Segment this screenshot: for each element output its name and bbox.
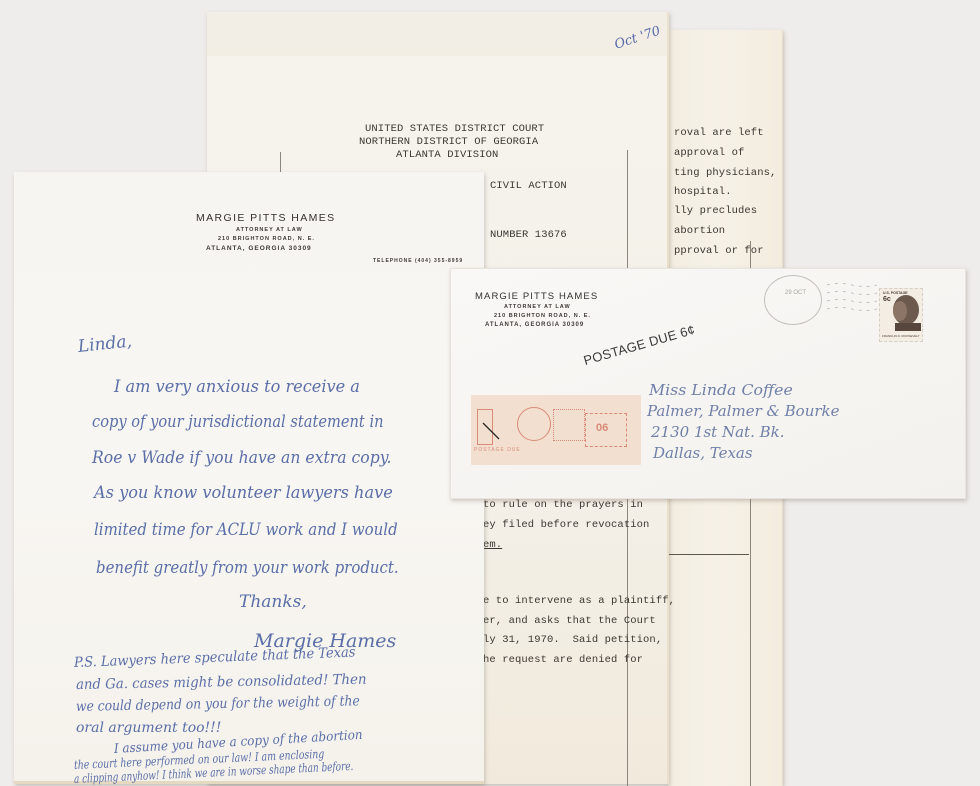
court-text-line: e to intervene as a plaintiff, — [483, 595, 675, 607]
postscript-line: P.S. Lawyers here speculate that the Tex… — [74, 644, 356, 671]
meter-eagle-emblem — [553, 409, 585, 441]
postscript-line: oral argument too!!! — [76, 720, 221, 736]
court-text-line: abortion — [674, 225, 725, 237]
paper-fold-band — [207, 12, 669, 56]
meter-value-box: 06 — [585, 413, 627, 447]
postage-due-meter-strip: POSTAGE DUE 06 — [471, 395, 641, 465]
court-header-line3: ATLANTA DIVISION — [396, 149, 498, 161]
letter-body-line: copy of your jurisdictional statement in — [92, 412, 384, 432]
postage-due-stamp: POSTAGE DUE 6¢ — [582, 322, 697, 368]
roosevelt-portrait-icon — [887, 293, 921, 331]
letterhead-city: ATLANTA, GEORGIA 30309 — [206, 245, 312, 252]
letterhead-address: 210 BRIGHTON ROAD, N. E. — [218, 236, 315, 242]
postmark-circle: 29 OCT — [764, 275, 822, 325]
return-address-street: 210 BRIGHTON ROAD, N. E. — [494, 313, 591, 319]
meter-amount: 06 — [596, 422, 608, 434]
letter-body-line: I am very anxious to receive a — [114, 377, 360, 397]
recipient-line: Dallas, Texas — [653, 444, 753, 462]
postscript-line: we could depend on you for the weight of… — [76, 693, 360, 715]
court-text-line: ey filed before revocation — [483, 519, 649, 531]
return-address-title: ATTORNEY AT LAW — [504, 304, 571, 310]
letter-body-line: Roe v Wade if you have an extra copy. — [92, 448, 391, 468]
letter-salutation: Linda, — [77, 331, 133, 357]
mailing-envelope: MARGIE PITTS HAMES ATTORNEY AT LAW 210 B… — [450, 268, 966, 499]
court-text-line: to rule on the prayers in — [483, 499, 643, 511]
postscript-line: and Ga. cases might be consolidated! The… — [76, 672, 367, 693]
return-address-name: MARGIE PITTS HAMES — [475, 291, 598, 302]
postmark-date: 29 OCT — [785, 290, 806, 296]
strike-through-mark-icon — [481, 421, 501, 441]
letterhead-telephone: TELEPHONE (404) 355-8959 — [373, 258, 463, 264]
court-text-line: roval are left — [674, 127, 764, 139]
return-address-city: ATLANTA, GEORGIA 30309 — [485, 322, 584, 328]
court-text-line: approval of — [674, 147, 744, 159]
court-header-line1: UNITED STATES DISTRICT COURT — [365, 123, 544, 135]
court-text-line: er, and asks that the Court — [483, 615, 656, 627]
cancellation-wavy-lines-icon — [827, 279, 877, 315]
court-text-line: ting physicians, — [674, 167, 776, 179]
meter-label: POSTAGE DUE — [474, 447, 521, 453]
civil-action-label: CIVIL ACTION — [490, 180, 567, 192]
letter-body-line: benefit greatly from your work product. — [96, 558, 399, 578]
case-number: NUMBER 13676 — [490, 229, 567, 241]
recipient-line: Palmer, Palmer & Bourke — [647, 402, 840, 420]
recipient-line: Miss Linda Coffee — [649, 381, 793, 399]
recipient-line: 2130 1st Nat. Bk. — [651, 423, 785, 441]
stamp-caption: FRANKLIN D. ROOSEVELT — [882, 334, 920, 338]
court-text-line: hospital. — [674, 186, 732, 198]
court-text-line: ly 31, 1970. Said petition, — [483, 634, 662, 646]
court-text-line: lly precludes — [674, 205, 757, 217]
letterhead-title: ATTORNEY AT LAW — [236, 227, 303, 233]
court-text-line: em. — [483, 539, 502, 551]
handwritten-letter: MARGIE PITTS HAMES ATTORNEY AT LAW 210 B… — [14, 172, 484, 784]
letter-closing: Thanks, — [239, 592, 307, 612]
meter-circle-postmark — [517, 407, 551, 441]
letter-body-line: limited time for ACLU work and I would — [94, 520, 398, 540]
court-text-line: pproval or for — [674, 245, 764, 257]
roosevelt-postage-stamp: U.S. POSTAGE 6c FRANKLIN D. ROOSEVELT — [879, 288, 923, 342]
court-header-line2: NORTHERN DISTRICT OF GEORGIA — [359, 136, 538, 148]
letterhead-name: MARGIE PITTS HAMES — [196, 212, 336, 224]
letter-body-line: As you know volunteer lawyers have — [94, 483, 393, 503]
rule-line — [669, 554, 749, 555]
court-text-line: he request are denied for — [483, 654, 643, 666]
